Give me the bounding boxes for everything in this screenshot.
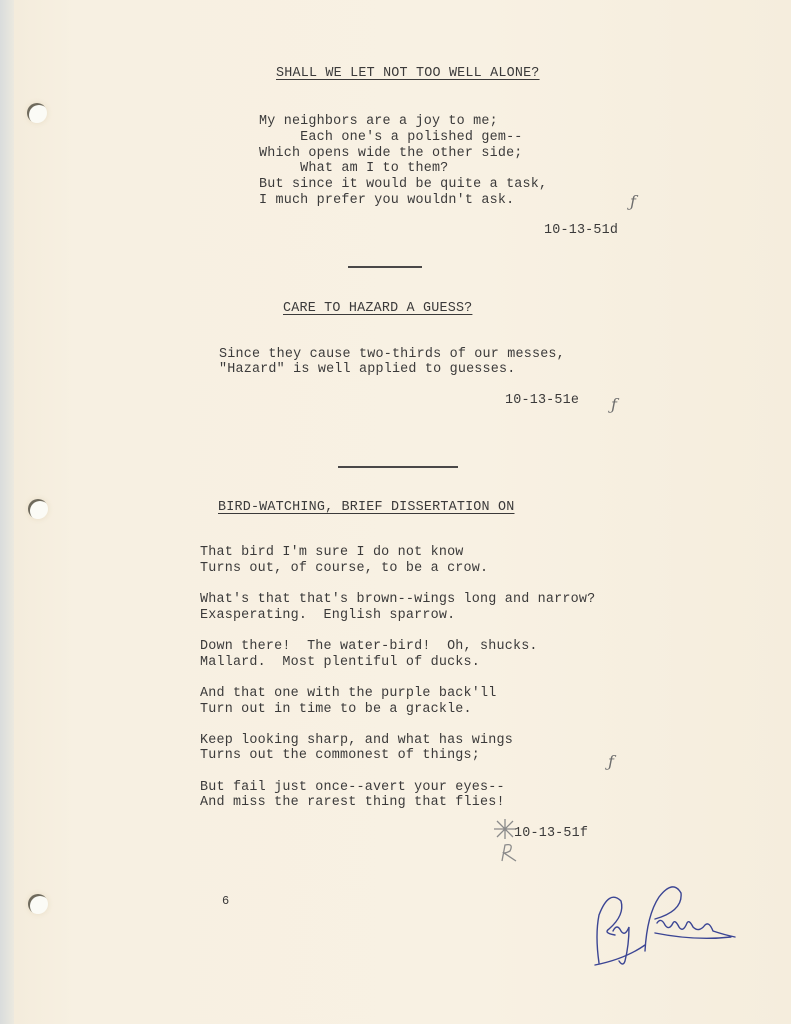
section-divider [338, 466, 458, 468]
poem-line: Each one's a polished gem-- [259, 130, 523, 146]
poem-line: Turn out in time to be a grackle. [200, 702, 472, 718]
poem-line: Turns out, of course, to be a crow. [200, 561, 488, 577]
poem-line: What am I to them? [259, 161, 448, 177]
poem-line: Keep looking sharp, and what has wings [200, 733, 513, 749]
poem-line: But fail just once--avert your eyes-- [200, 780, 505, 796]
poem-line: Since they cause two-thirds of our messe… [219, 347, 565, 363]
date-code: 10-13-51d [544, 223, 618, 239]
poem-line: My neighbors are a joy to me; [259, 114, 498, 130]
poem-line: "Hazard" is well applied to guesses. [219, 362, 516, 378]
signature-icon [585, 875, 745, 970]
paper-edge [0, 0, 14, 1024]
date-code: 10-13-51e [505, 393, 579, 409]
section-divider [348, 266, 422, 268]
poem-line: Exasperating. English sparrow. [200, 608, 455, 624]
date-code: 10-13-51f [514, 826, 588, 842]
poem-line: But since it would be quite a task, [259, 177, 547, 193]
poem-line: What's that that's brown--wings long and… [200, 592, 595, 608]
check-mark-icon: ƒ [630, 192, 636, 211]
binder-hole-icon [28, 894, 48, 914]
poem-title: CARE TO HAZARD A GUESS? [283, 301, 472, 317]
binder-hole-icon [28, 499, 48, 519]
check-mark-icon: ƒ [611, 395, 617, 414]
page-number: 6 [222, 894, 229, 908]
poem-title: SHALL WE LET NOT TOO WELL ALONE? [276, 66, 540, 82]
poem-title: BIRD-WATCHING, BRIEF DISSERTATION ON [218, 500, 515, 516]
poem-line: Which opens wide the other side; [259, 146, 523, 162]
poem-line: Down there! The water-bird! Oh, shucks. [200, 639, 538, 655]
poem-line: That bird I'm sure I do not know [200, 545, 464, 561]
check-mark-icon: ƒ [608, 752, 614, 771]
poem-line: And that one with the purple back'll [200, 686, 497, 702]
binder-hole-icon [27, 103, 47, 123]
poem-line: I much prefer you wouldn't ask. [259, 193, 514, 209]
poem-line: And miss the rarest thing that flies! [200, 795, 505, 811]
poem-line: Mallard. Most plentiful of ducks. [200, 655, 480, 671]
poem-line: Turns out the commonest of things; [200, 748, 480, 764]
